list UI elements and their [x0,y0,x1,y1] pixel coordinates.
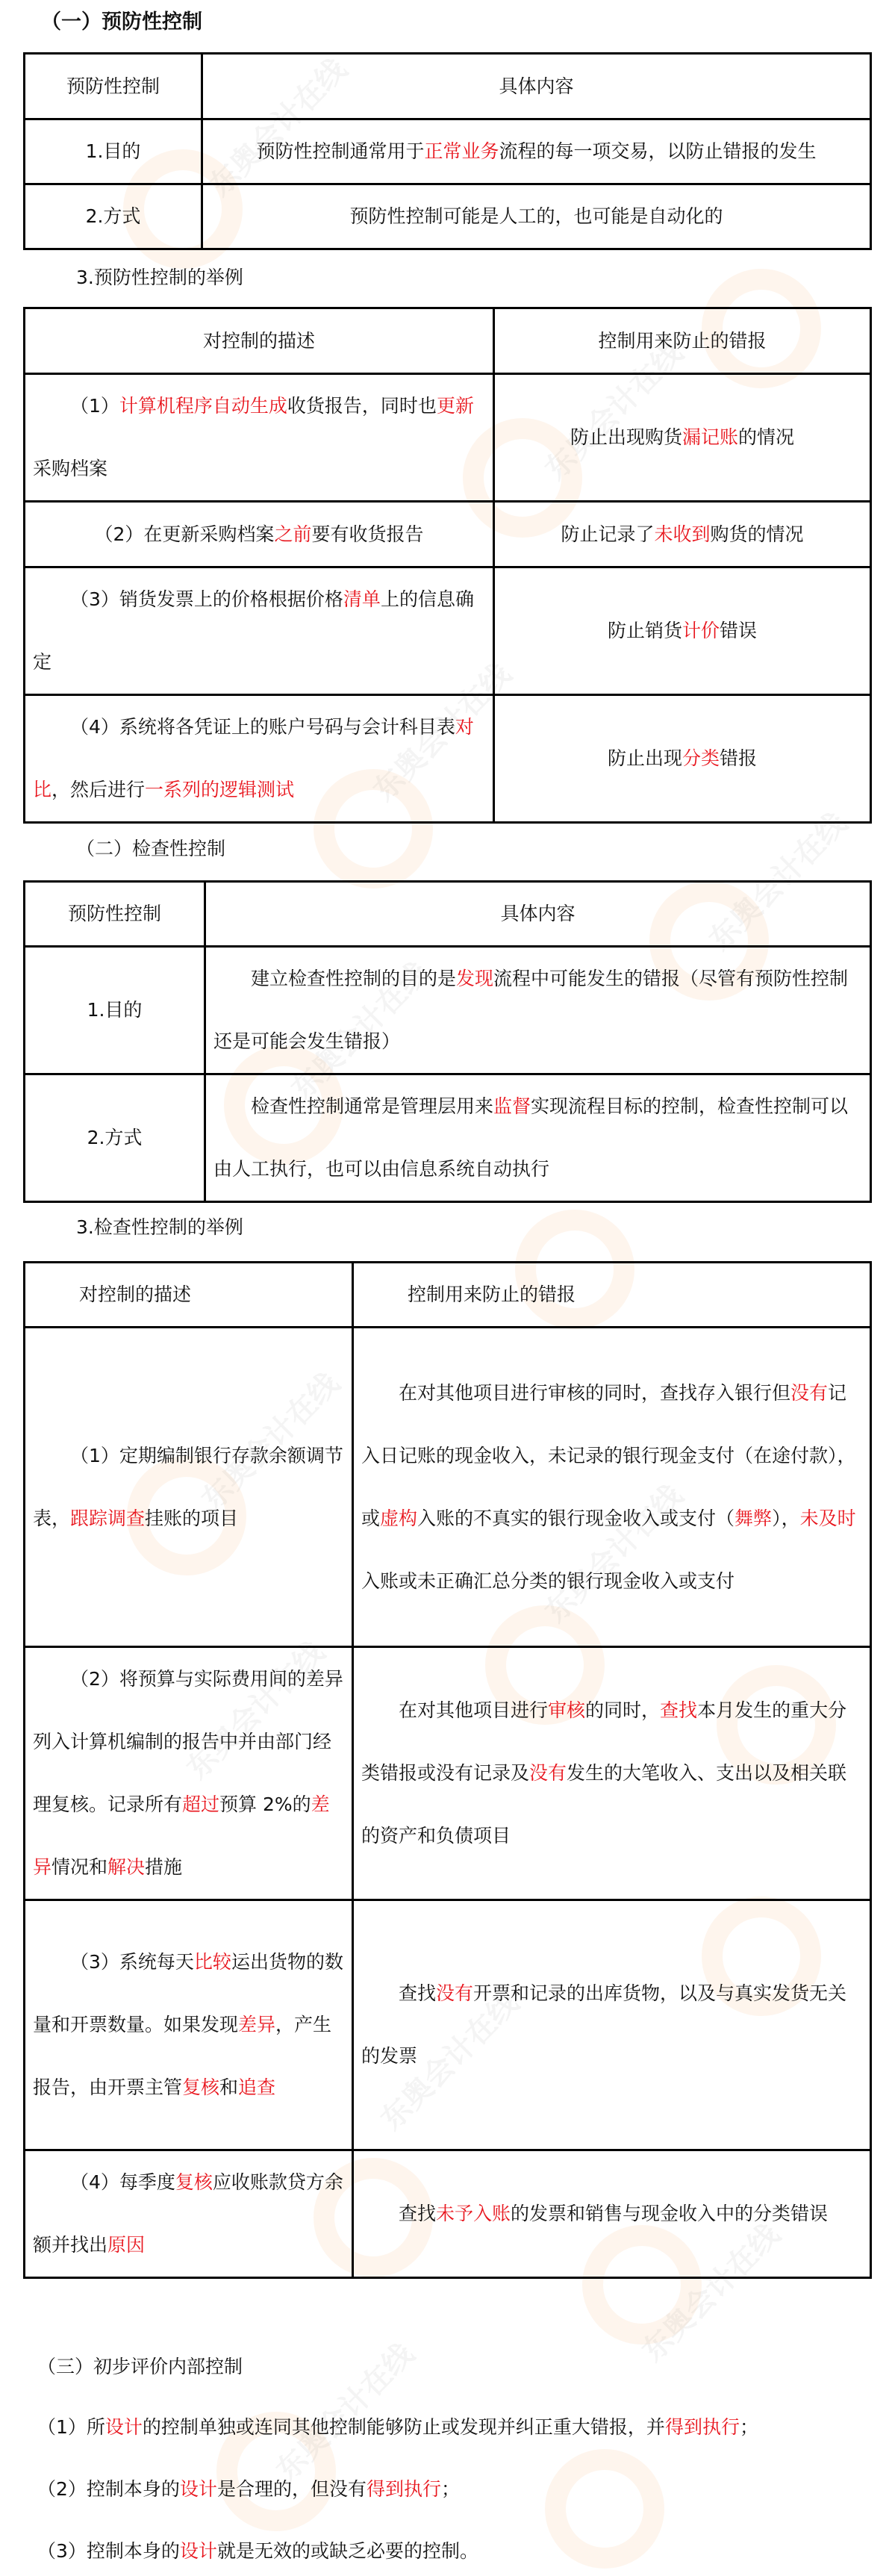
table-row: 1.目的 建立检查性控制的目的是发现流程中可能发生的错报（尽管有预防性控制还是可… [25,947,871,1074]
table-header-row: 对控制的描述 控制用来防止的错报 [25,1263,871,1328]
header-cell: 预防性控制 [25,882,205,947]
highlighted-term: 更新 [437,395,474,417]
rich-cell: 防止记录了未收到购货的情况 [494,502,871,567]
text-segment: （3）销货发票上的价格根据价格 [70,588,343,610]
highlighted-term: 未及时 [800,1508,856,1529]
highlighted-term: 得到执行 [665,2416,740,2438]
text-segment: 收货报告，同时也 [287,395,437,417]
text-segment: 采购档案 [33,458,107,479]
highlighted-term: 没有 [529,1762,567,1784]
header-cell: 具体内容 [205,882,871,947]
table-row: （2）将预算与实际费用间的差异列入计算机编制的报告中并由部门经理复核。记录所有超… [25,1647,871,1900]
header-cell: 控制用来防止的错报 [494,308,871,374]
text-segment: （3）控制本身的 [37,2540,180,2562]
section-title-preventive: （一）预防性控制 [41,6,202,39]
text-segment: 流程的每一项交易，以防止错报的发生 [499,140,817,162]
table-header-row: 对控制的描述 控制用来防止的错报 [25,308,871,374]
highlighted-term: 查找 [660,1699,697,1721]
evaluation-item-1: （1）所设计的控制单独或连同其他控制能够防止或发现并纠正重大错报，并得到执行； [37,2412,758,2442]
detective-control-table: 预防性控制 具体内容 1.目的 建立检查性控制的目的是发现流程中可能发生的错报（… [23,880,872,1203]
highlighted-term: 复核 [175,2171,213,2193]
text-segment: 入账的不真实的银行现金收入或支付（ [417,1508,735,1529]
text-segment: 防止记录了 [561,523,654,545]
table-row: （1）定期编制银行存款余额调节表，跟踪调查挂账的项目 在对其他项目进行审核的同时… [25,1328,871,1647]
highlighted-term: 得到执行 [367,2478,441,2500]
table-row: 1.目的 预防性控制通常用于正常业务流程的每一项交易，以防止错报的发生 [25,119,871,184]
highlighted-term: 正常业务 [424,140,499,162]
rich-cell: 防止出现购货漏记账的情况 [494,374,871,502]
rich-cell: （3）系统每天比较运出货物的数量和开票数量。如果发现差异，产生报告，由开票主管复… [25,1900,353,2150]
text-segment: 的同时， [585,1699,660,1721]
text-segment: 购货的情况 [711,523,804,545]
highlighted-term: 虚构 [380,1508,417,1529]
rich-cell: （3）销货发票上的价格根据价格清单上的信息确定 [25,567,494,695]
text-segment: ； [441,2478,460,2500]
highlighted-term: 分类 [682,747,720,769]
text-segment: 建立检查性控制的目的是 [251,968,456,989]
preventive-control-table: 预防性控制 具体内容 1.目的 预防性控制通常用于正常业务流程的每一项交易，以防… [23,52,872,250]
text-segment: 防止销货 [608,620,682,641]
text-segment: 错误 [720,620,757,641]
text-segment: 入账或未正确汇总分类的银行现金收入或支付 [361,1570,735,1592]
row-label: 1.目的 [25,947,205,1074]
header-cell: 对控制的描述 [25,1263,353,1328]
highlighted-term: 未收到 [654,523,710,545]
row-label: 2.方式 [25,1074,205,1202]
highlighted-term: 追查 [238,2076,275,2098]
highlighted-term: 舞弊 [735,1508,772,1529]
text-segment: 和 [219,2076,238,2098]
evaluation-item-3: （3）控制本身的设计就是无效的或缺乏必要的控制。 [37,2536,478,2566]
rich-cell: （4）每季度复核应收账款贷方余额并找出原因 [25,2150,353,2278]
highlighted-term: 清单 [343,588,381,610]
text-segment: 在对其他项目进行 [399,1699,548,1721]
table-header-row: 预防性控制 具体内容 [25,54,871,119]
text-segment: （2）在更新采购档案 [95,523,275,545]
rich-cell: 防止出现分类错报 [494,695,871,823]
table-row: （3）系统每天比较运出货物的数量和开票数量。如果发现差异，产生报告，由开票主管复… [25,1900,871,2150]
text-segment: 预防性控制可能是人工的，也可能是自动化的 [349,205,723,227]
highlighted-term: 设计 [180,2478,217,2500]
rich-cell: 预防性控制可能是人工的，也可能是自动化的 [202,184,871,249]
table-row: （3）销货发票上的价格根据价格清单上的信息确定 防止销货计价错误 [25,567,871,695]
text-segment: 错报 [720,747,757,769]
text-segment: 挂账的项目 [145,1508,238,1529]
text-segment: 预防性控制通常用于 [256,140,424,162]
text-segment: （1）所 [37,2416,105,2438]
text-segment: 查找 [399,2203,436,2224]
text-segment: 在对其他项目进行审核的同时，查找存入银行但 [399,1382,790,1404]
rich-cell: 查找未予入账的发票和销售与现金收入中的分类错误 [353,2150,871,2278]
rich-cell: （1）计算机程序自动生成收货报告，同时也更新采购档案 [25,374,494,502]
highlighted-term: 没有 [790,1382,828,1404]
highlighted-term: 比较 [194,1951,231,1973]
text-segment: 是合理的，但没有 [217,2478,367,2500]
highlighted-term: 计价 [682,620,720,641]
highlighted-term: 设计 [180,2540,217,2562]
watermark-text: 东奥会计在线 [265,2332,422,2489]
preventive-examples-table: 对控制的描述 控制用来防止的错报 （1）计算机程序自动生成收货报告，同时也更新采… [23,307,872,824]
text-segment: 的控制单独或连同其他控制能够防止或发现并纠正重大错报，并 [143,2416,665,2438]
highlighted-term: 解决 [107,1856,145,1878]
text-segment: 查找 [399,1982,436,2004]
highlighted-term: 没有 [436,1982,473,2004]
row-label: 1.目的 [25,119,202,184]
text-segment: 要有收货报告 [311,523,423,545]
section-title-evaluation: （三）初步评价内部控制 [37,2352,243,2382]
header-cell: 控制用来防止的错报 [353,1263,871,1328]
text-segment: 防止出现购货 [570,426,682,448]
text-segment: 情况和 [52,1856,107,1878]
highlighted-term: 差异 [238,2014,275,2035]
rich-cell: （1）定期编制银行存款余额调节表，跟踪调查挂账的项目 [25,1328,353,1647]
highlighted-term: 漏记账 [682,426,738,448]
table-row: 2.方式 检查性控制通常是管理层用来监督实现流程目标的控制，检查性控制可以由人工… [25,1074,871,1202]
table-row: （2）在更新采购档案之前要有收货报告 防止记录了未收到购货的情况 [25,502,871,567]
rich-cell: 预防性控制通常用于正常业务流程的每一项交易，以防止错报的发生 [202,119,871,184]
highlighted-term: 未予入账 [436,2203,511,2224]
rich-cell: （2）在更新采购档案之前要有收货报告 [25,502,494,567]
header-cell: 预防性控制 [25,54,202,119]
highlighted-term: 之前 [274,523,311,545]
highlighted-term: 复核 [182,2076,219,2098]
highlighted-term: 计算机程序自动生成 [119,395,287,417]
text-segment: 就是无效的或缺乏必要的控制。 [217,2540,478,2562]
rich-cell: （4）系统将各凭证上的账户号码与会计科目表对比，然后进行一系列的逻辑测试 [25,695,494,823]
preventive-examples-heading: 3.预防性控制的举例 [76,263,243,293]
table-row: （4）每季度复核应收账款贷方余额并找出原因 查找未予入账的发票和销售与现金收入中… [25,2150,871,2278]
text-segment: ）， [772,1508,800,1529]
text-segment: ，然后进行 [52,779,145,800]
text-segment: 防止出现 [608,747,682,769]
highlighted-term: 发现 [456,968,493,989]
text-segment: （1） [70,395,119,417]
rich-cell: 在对其他项目进行审核的同时，查找本月发生的重大分类错报或没有记录及没有发生的大笔… [353,1647,871,1900]
highlighted-term: 超过 [182,1793,219,1815]
row-label: 2.方式 [25,184,202,249]
highlighted-term: 跟踪调查 [70,1508,145,1529]
text-segment: 检查性控制通常是管理层用来 [251,1095,493,1117]
watermark-logo-icon [545,2449,664,2569]
text-segment: 措施 [145,1856,182,1878]
detective-examples-heading: 3.检查性控制的举例 [76,1213,243,1242]
text-segment: （2）控制本身的 [37,2478,180,2500]
text-segment: （4）系统将各凭证上的账户号码与会计科目表 [70,716,455,738]
rich-cell: （2）将预算与实际费用间的差异列入计算机编制的报告中并由部门经理复核。记录所有超… [25,1647,353,1900]
text-segment: （4）每季度 [70,2171,175,2193]
text-segment: 的情况 [738,426,794,448]
table-row: （4）系统将各凭证上的账户号码与会计科目表对比，然后进行一系列的逻辑测试 防止出… [25,695,871,823]
highlighted-term: 原因 [107,2234,145,2256]
rich-cell: 在对其他项目进行审核的同时，查找存入银行但没有记入日记账的现金收入，未记录的银行… [353,1328,871,1647]
header-cell: 对控制的描述 [25,308,494,374]
text-segment: 预算 2%的 [219,1793,311,1815]
rich-cell: 检查性控制通常是管理层用来监督实现流程目标的控制，检查性控制可以由人工执行，也可… [205,1074,871,1202]
text-segment: ； [740,2416,758,2438]
rich-cell: 建立检查性控制的目的是发现流程中可能发生的错报（尽管有预防性控制还是可能会发生错… [205,947,871,1074]
highlighted-term: 设计 [105,2416,143,2438]
text-segment: （3）系统每天 [70,1951,194,1973]
text-segment: 的发票和销售与现金收入中的分类错误 [511,2203,828,2224]
table-row: 2.方式 预防性控制可能是人工的，也可能是自动化的 [25,184,871,249]
table-row: （1）计算机程序自动生成收货报告，同时也更新采购档案 防止出现购货漏记账的情况 [25,374,871,502]
section-title-detective: （二）检查性控制 [76,834,225,864]
highlighted-term: 监督 [493,1095,531,1117]
highlighted-term: 一系列的逻辑测试 [145,779,294,800]
evaluation-item-2: （2）控制本身的设计是合理的，但没有得到执行； [37,2474,460,2504]
rich-cell: 查找没有开票和记录的出库货物，以及与真实发货无关的发票 [353,1900,871,2150]
rich-cell: 防止销货计价错误 [494,567,871,695]
header-cell: 具体内容 [202,54,871,119]
detective-examples-table: 对控制的描述 控制用来防止的错报 （1）定期编制银行存款余额调节表，跟踪调查挂账… [23,1261,872,2279]
table-header-row: 预防性控制 具体内容 [25,882,871,947]
highlighted-term: 审核 [548,1699,585,1721]
